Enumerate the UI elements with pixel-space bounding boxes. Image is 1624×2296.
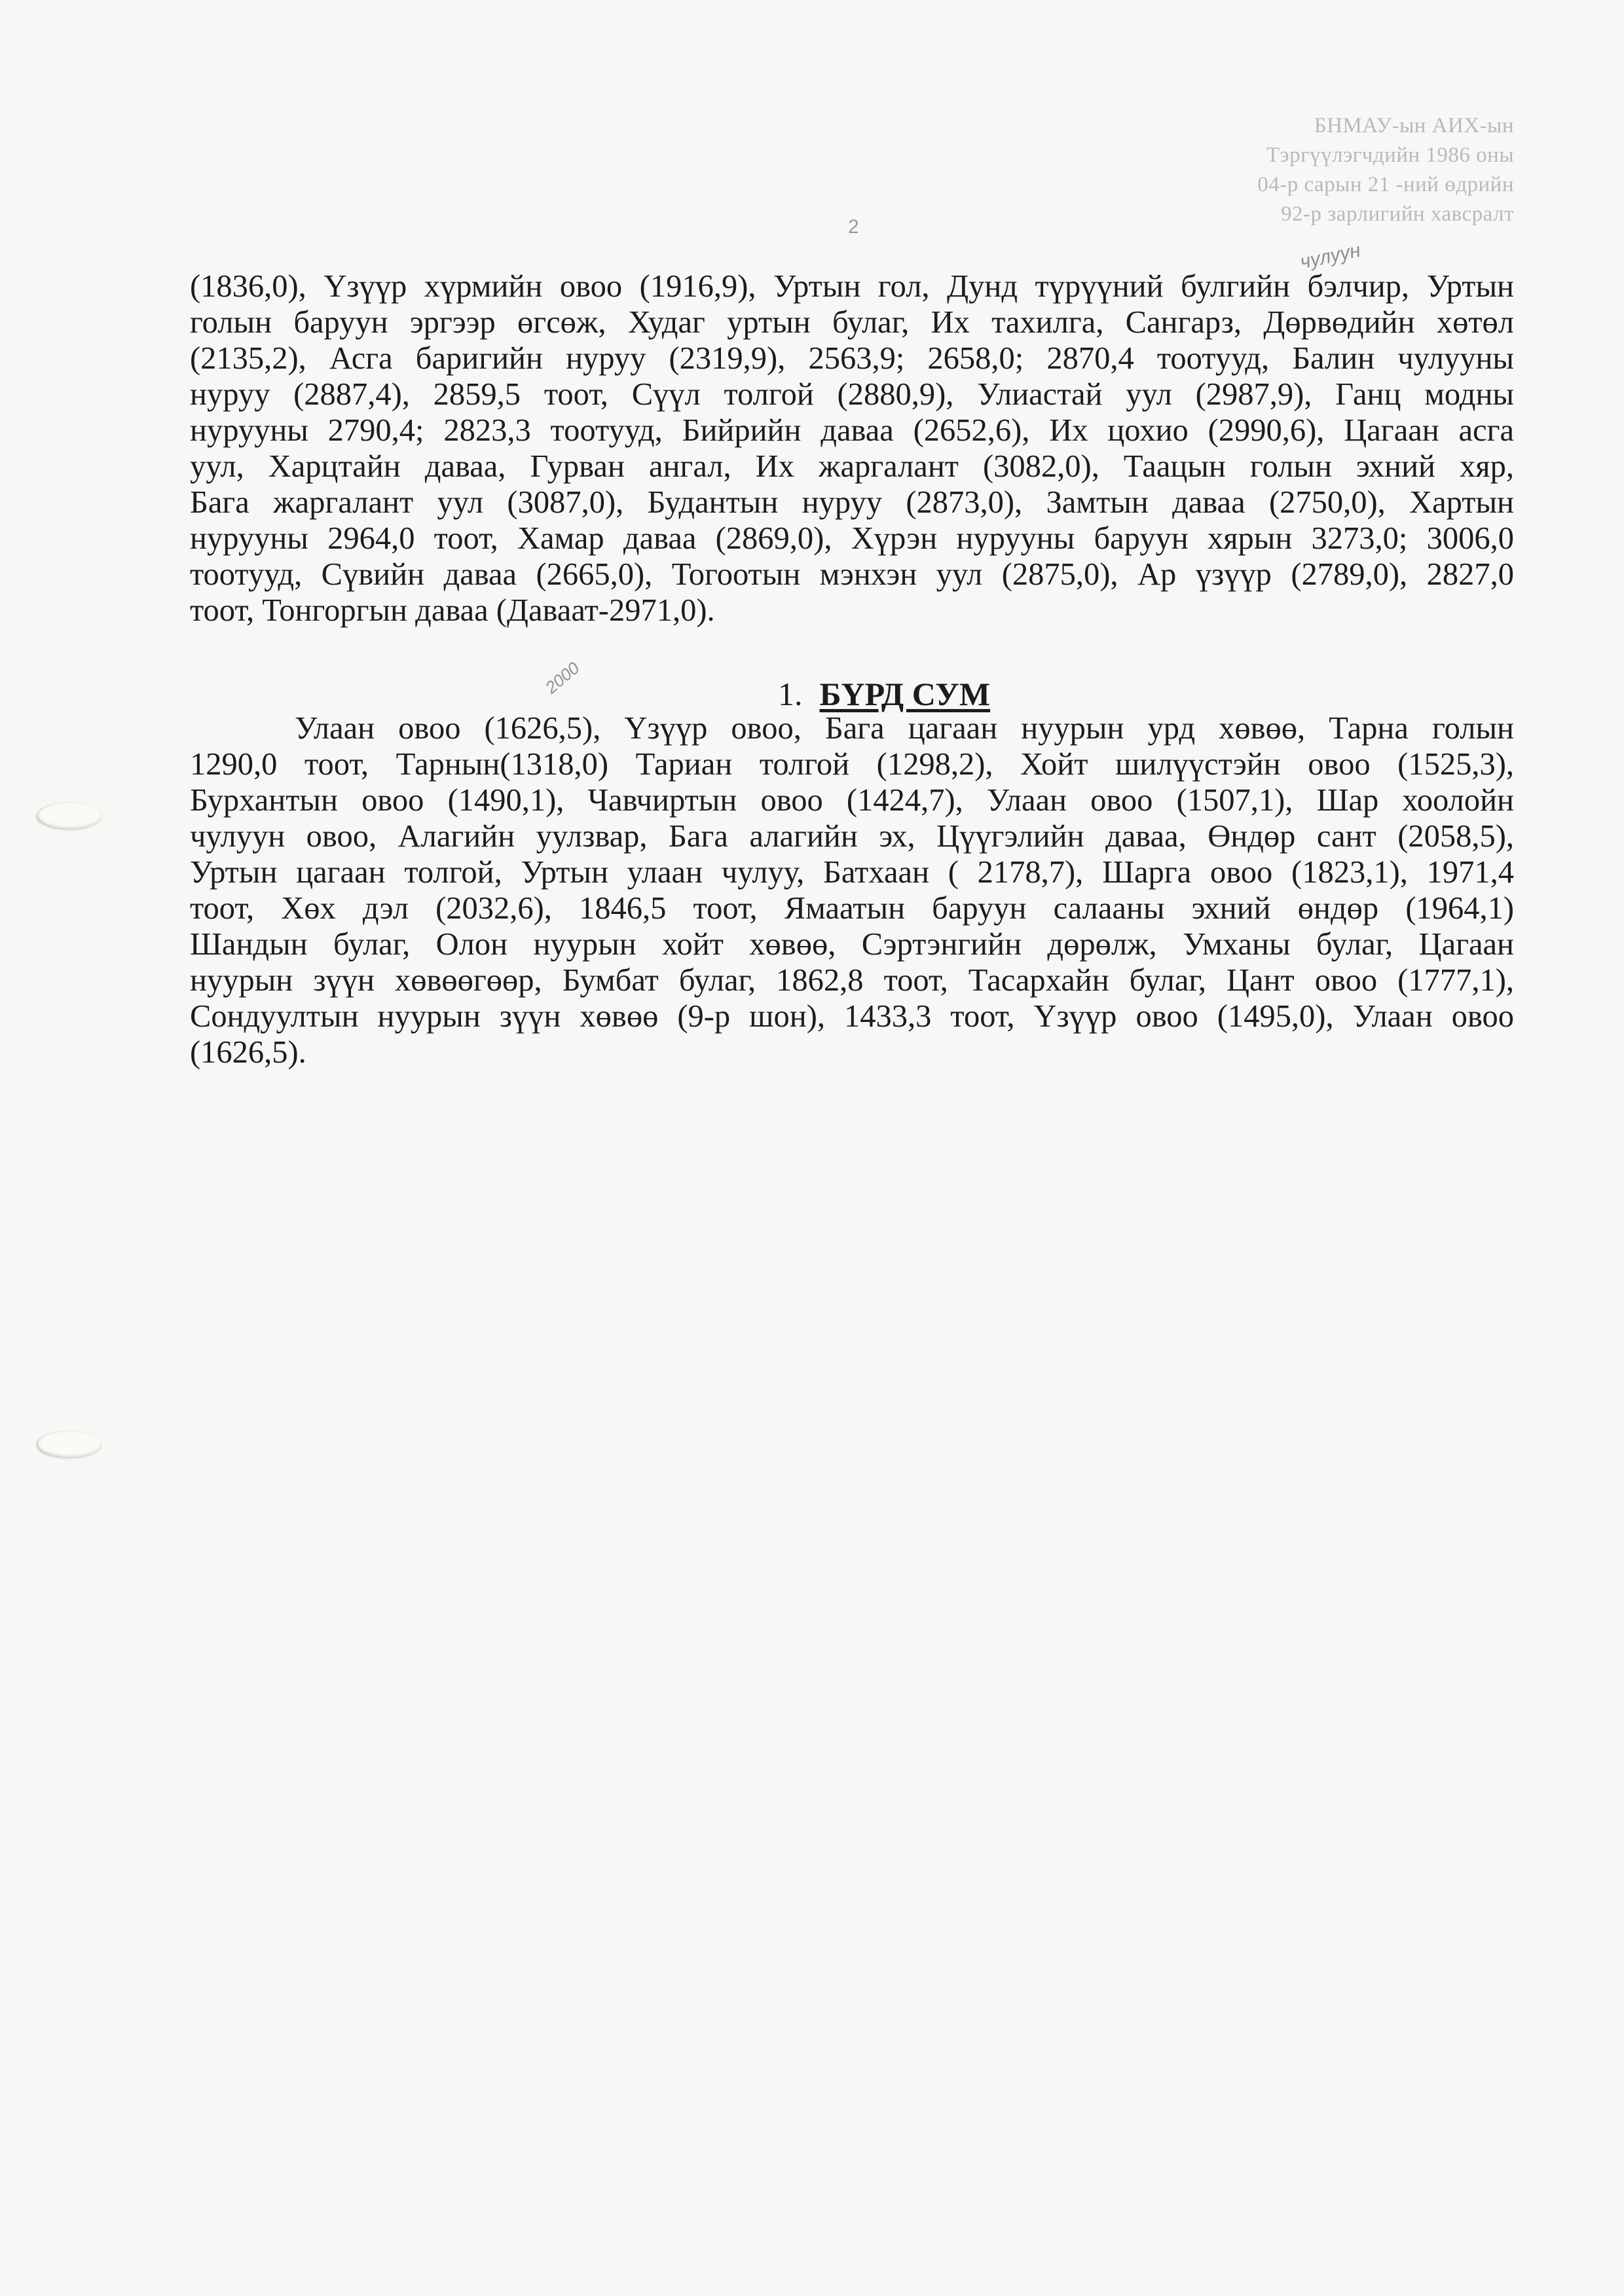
text-line: тоотууд, Сүвийн даваа (2665,0), Тогоотын… bbox=[190, 556, 1514, 592]
section-number: 1. bbox=[778, 676, 803, 712]
stamp-line: 92-р зарлигийн хавсралт bbox=[1257, 200, 1514, 229]
text-line: уул, Харцтайн даваа, Гурван ангал, Их жа… bbox=[190, 448, 1514, 484]
text-line: (1836,0), Үзүүр хүрмийн овоо (1916,9), У… bbox=[190, 268, 1514, 304]
text-line: Сондуултын нуурын зүүн хөвөө (9-р шон), … bbox=[190, 998, 1514, 1034]
scanned-page: БНМАУ-ын АИХ-ын Тэргүүлэгчдийн 1986 оны … bbox=[0, 0, 1624, 2296]
section-heading: 1.БҮРД СУМ bbox=[0, 674, 1624, 714]
text-line: нурууны 2790,4; 2823,3 тоотууд, Бийрийн … bbox=[190, 412, 1514, 448]
text-line: 1290,0 тоот, Тарнын(1318,0) Тариан толго… bbox=[190, 746, 1514, 782]
stamp-line: БНМАУ-ын АИХ-ын bbox=[1257, 111, 1514, 141]
text-line: (1626,5). bbox=[190, 1034, 1514, 1070]
punch-hole bbox=[38, 803, 102, 829]
text-line: Уртын цагаан толгой, Уртын улаан чулуу, … bbox=[190, 854, 1514, 890]
text-line: Бурхантын овоо (1490,1), Чавчиртын овоо … bbox=[190, 782, 1514, 818]
text-line: (2135,2), Асга баригийн нуруу (2319,9), … bbox=[190, 340, 1514, 376]
boundary-paragraph-1: (1836,0), Үзүүр хүрмийн овоо (1916,9), У… bbox=[190, 268, 1514, 629]
text-line: чулуун овоо, Алагийн уулзвар, Бага алаги… bbox=[190, 818, 1514, 854]
stamp-line: 04-р сарын 21 -ний өдрийн bbox=[1257, 170, 1514, 200]
text-line: Шандын булаг, Олон нуурын хойт хөвөө, Сэ… bbox=[190, 926, 1514, 962]
text-line: нуруу (2887,4), 2859,5 тоот, Сүүл толгой… bbox=[190, 376, 1514, 412]
decree-stamp: БНМАУ-ын АИХ-ын Тэргүүлэгчдийн 1986 оны … bbox=[1257, 111, 1514, 229]
punch-hole bbox=[38, 1431, 102, 1457]
page-number: 2 bbox=[848, 216, 859, 238]
text-line: Бага жаргалант уул (3087,0), Будантын ну… bbox=[190, 484, 1514, 520]
text-line: нуурын зүүн хөвөөгөөр, Бумбат булаг, 186… bbox=[190, 962, 1514, 998]
text-line: тоот, Тонгоргын даваа (Даваат-2971,0). bbox=[190, 592, 1514, 629]
stamp-line: Тэргүүлэгчдийн 1986 оны bbox=[1257, 141, 1514, 170]
text-line: Улаан овоо (1626,5), Үзүүр овоо, Бага ца… bbox=[190, 710, 1514, 746]
text-line: нурууны 2964,0 тоот, Хамар даваа (2869,0… bbox=[190, 520, 1514, 556]
boundary-paragraph-2: Улаан овоо (1626,5), Үзүүр овоо, Бага ца… bbox=[190, 710, 1514, 1070]
section-title: БҮРД СУМ bbox=[819, 676, 990, 712]
text-line: тоот, Хөх дэл (2032,6), 1846,5 тоот, Яма… bbox=[190, 890, 1514, 926]
text-line: голын баруун эргээр өгсөж, Худаг уртын б… bbox=[190, 304, 1514, 340]
